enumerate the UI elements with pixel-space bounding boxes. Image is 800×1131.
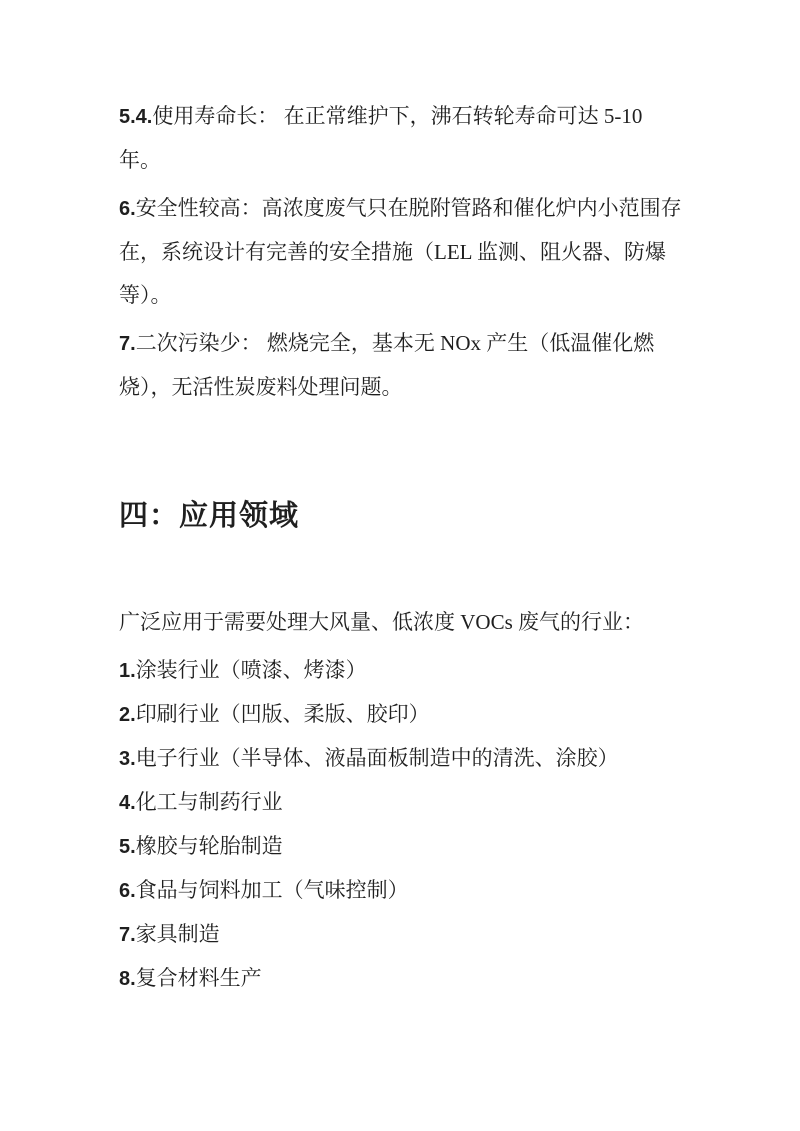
item-text: 家具制造 bbox=[136, 922, 220, 946]
applications-intro: 广泛应用于需要处理大风量、低浓度 VOCs 废气的行业： bbox=[119, 601, 688, 644]
list-item: 7.家具制造 bbox=[119, 913, 688, 957]
item-number: 7. bbox=[119, 924, 136, 946]
feature-number: 7. bbox=[119, 333, 136, 355]
item-number: 3. bbox=[119, 748, 136, 770]
section-heading: 四：应用领域 bbox=[119, 496, 688, 536]
feature-text: 使用寿命长： 在正常维护下，沸石转轮寿命可达 5-10 年。 bbox=[119, 104, 642, 172]
item-text: 化工与制药行业 bbox=[136, 790, 283, 814]
item-number: 2. bbox=[119, 704, 136, 726]
list-item: 2.印刷行业（凹版、柔版、胶印） bbox=[119, 693, 688, 737]
list-item: 4.化工与制药行业 bbox=[119, 781, 688, 825]
feature-number: 6. bbox=[119, 198, 136, 220]
list-item: 3.电子行业（半导体、液晶面板制造中的清洗、涂胶） bbox=[119, 737, 688, 781]
item-text: 食品与饲料加工（气味控制） bbox=[136, 878, 409, 902]
item-text: 复合材料生产 bbox=[136, 966, 262, 990]
item-number: 5. bbox=[119, 836, 136, 858]
feature-paragraph: 5.4.使用寿命长： 在正常维护下，沸石转轮寿命可达 5-10 年。 bbox=[119, 95, 688, 182]
item-number: 6. bbox=[119, 880, 136, 902]
feature-paragraph: 6.安全性较高：高浓度废气只在脱附管路和催化炉内小范围存在，系统设计有完善的安全… bbox=[119, 187, 688, 317]
feature-number: 5.4. bbox=[119, 106, 152, 128]
feature-text: 二次污染少： 燃烧完全，基本无 NOx 产生（低温催化燃烧），无活性炭废料处理问… bbox=[119, 331, 654, 399]
applications-list: 1.涂装行业（喷漆、烤漆） 2.印刷行业（凹版、柔版、胶印） 3.电子行业（半导… bbox=[119, 649, 688, 1001]
document-content: 5.4.使用寿命长： 在正常维护下，沸石转轮寿命可达 5-10 年。 6.安全性… bbox=[0, 0, 800, 1001]
item-text: 印刷行业（凹版、柔版、胶印） bbox=[136, 702, 430, 726]
item-number: 1. bbox=[119, 660, 136, 682]
item-text: 橡胶与轮胎制造 bbox=[136, 834, 283, 858]
list-item: 1.涂装行业（喷漆、烤漆） bbox=[119, 649, 688, 693]
item-number: 8. bbox=[119, 968, 136, 990]
list-item: 5.橡胶与轮胎制造 bbox=[119, 825, 688, 869]
applications-section: 四：应用领域 广泛应用于需要处理大风量、低浓度 VOCs 废气的行业： 1.涂装… bbox=[119, 496, 688, 1001]
list-item: 8.复合材料生产 bbox=[119, 957, 688, 1001]
feature-paragraph: 7.二次污染少： 燃烧完全，基本无 NOx 产生（低温催化燃烧），无活性炭废料处… bbox=[119, 322, 688, 409]
features-section: 5.4.使用寿命长： 在正常维护下，沸石转轮寿命可达 5-10 年。 6.安全性… bbox=[119, 95, 688, 409]
item-text: 涂装行业（喷漆、烤漆） bbox=[136, 658, 367, 682]
item-text: 电子行业（半导体、液晶面板制造中的清洗、涂胶） bbox=[136, 746, 619, 770]
item-number: 4. bbox=[119, 792, 136, 814]
document-page: 5.4.使用寿命长： 在正常维护下，沸石转轮寿命可达 5-10 年。 6.安全性… bbox=[0, 0, 800, 1131]
list-item: 6.食品与饲料加工（气味控制） bbox=[119, 869, 688, 913]
feature-text: 安全性较高：高浓度废气只在脱附管路和催化炉内小范围存在，系统设计有完善的安全措施… bbox=[119, 196, 682, 307]
